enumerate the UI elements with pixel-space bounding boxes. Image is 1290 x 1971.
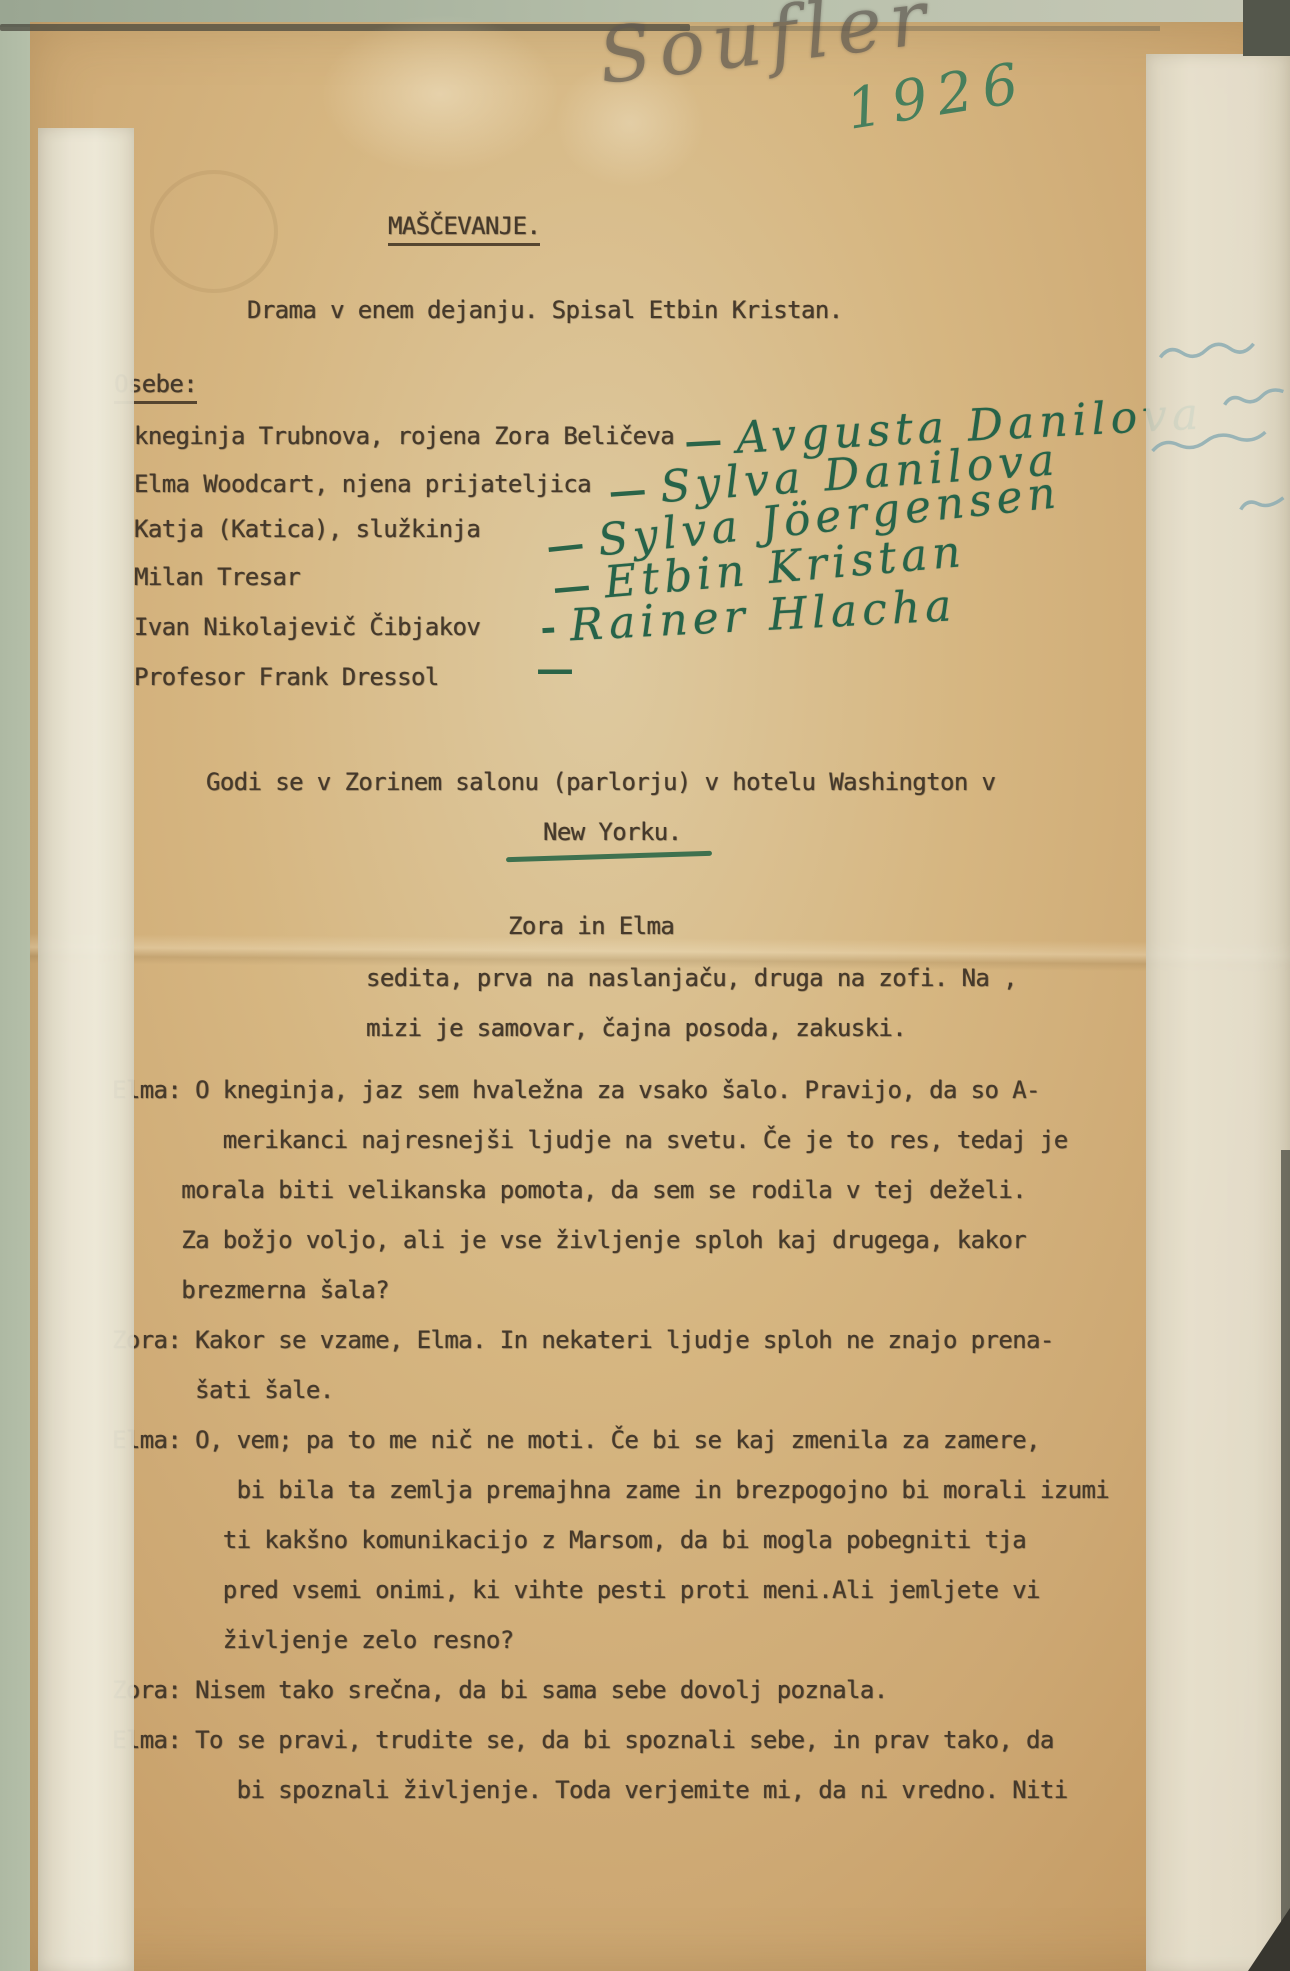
dialogue-line: merikanci najresnejši ljudje na svetu. Č… (112, 1126, 1109, 1176)
dialogue-line: Zora: Nisem tako srečna, da bi sama sebe… (112, 1676, 1109, 1726)
ink-dash: — (536, 650, 574, 688)
ink-dash: — (607, 470, 648, 511)
stage-direction: mizi je samovar, čajna posoda, zakuski. (366, 1014, 906, 1042)
cast-role: Ivan Nikolajevič Čibjakov (134, 613, 480, 641)
dialogue-line: pred vsemi onimi, ki vihte pesti proti m… (112, 1576, 1109, 1626)
dialogue-line: Zora: Kakor se vzame, Elma. In nekateri … (112, 1326, 1109, 1376)
dialogue-line: Elma: To se pravi, trudite se, da bi spo… (112, 1726, 1109, 1776)
dialogue-line: morala biti velikanska pomota, da sem se… (112, 1176, 1109, 1226)
setting-line: Godi se v Zorinem salonu (parlorju) v ho… (206, 768, 995, 796)
handwritten-cast-annotation: — (536, 650, 588, 688)
dialogue-line: življenje zelo resno? (112, 1626, 1109, 1676)
ink-dash: - (539, 608, 557, 647)
setting-line: New Yorku. (543, 818, 682, 846)
stage-direction: sedita, prva na naslanjaču, druga na zof… (366, 964, 1017, 992)
dialogue-line: brezmerna šala? (112, 1276, 1109, 1326)
dialogue-line: bi bila ta zemlja premajhna zame in brez… (112, 1476, 1109, 1526)
page-title: MAŠČEVANJE. (388, 212, 540, 246)
cast-role: kneginja Trubnova, rojena Zora Beličeva (134, 422, 674, 450)
dark-corner-top-right (1243, 0, 1290, 56)
cast-role: Katja (Katica), služkinja (134, 515, 480, 543)
scene-heading: Zora in Elma (508, 912, 674, 940)
paper-stain (320, 14, 560, 174)
dialogue-line: bi spoznali življenje. Toda verjemite mi… (112, 1776, 1109, 1826)
dialogue-line: Elma: O kneginja, jaz sem hvaležna za vs… (112, 1076, 1109, 1126)
ink-dash: — (544, 524, 586, 566)
ink-dash: — (683, 421, 723, 461)
document-scan: MAŠČEVANJE. Drama v enem dejanju. Spisal… (0, 0, 1290, 1971)
cast-role: Elma Woodcart, njena prijateljica (134, 470, 591, 498)
ring-stain (150, 170, 278, 293)
dialogue-line: Elma: O, vem; pa to me nič ne moti. Če b… (112, 1426, 1109, 1476)
dialogue-line: ti kakšno komunikacijo z Marsom, da bi m… (112, 1526, 1109, 1576)
cast-role: Profesor Frank Dressol (134, 663, 439, 691)
dialogue-line: šati šale. (112, 1376, 1109, 1426)
cast-role: Milan Tresar (134, 563, 300, 591)
byline: Drama v enem dejanju. Spisal Etbin Krist… (247, 296, 843, 324)
dialogue-line: Za božjo voljo, ali je vse življenje spl… (112, 1226, 1109, 1276)
tape-strip-left (38, 128, 134, 1971)
dialogue-block: Elma: O kneginja, jaz sem hvaležna za vs… (112, 1076, 1109, 1826)
dark-edge-right (1281, 1150, 1290, 1971)
